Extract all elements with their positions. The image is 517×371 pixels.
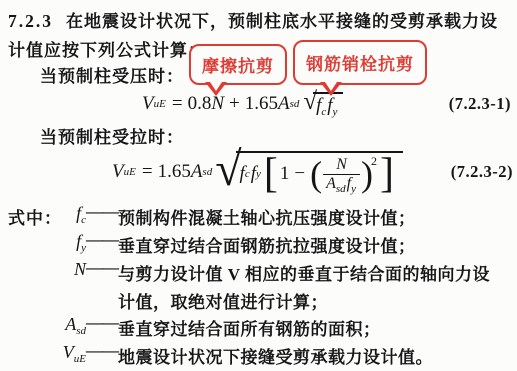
formula-1-row: VuE = 0.8N + 1.65Asd √ fcfy (7.2.3-1) [0, 88, 517, 120]
callout-friction-shear-label: 摩擦抗剪 [202, 52, 274, 77]
term-subscript: sd [76, 325, 86, 337]
definition-row-Asd: Asd —— 垂直穿过结合面所有钢筋的面积； [0, 314, 517, 340]
dash-connector: —— [86, 341, 118, 361]
definition-row-fy: fy —— 垂直穿过结合面钢筋抗拉强度设计值； [0, 231, 517, 257]
fraction: N Asdfy [323, 156, 360, 194]
clause-text-line2: 计值应按下列公式计算： [8, 36, 206, 61]
callout-tail-fill [208, 79, 224, 91]
fraction-numerator-N: N [336, 156, 347, 174]
equation-number-1: (7.2.3-1) [449, 94, 511, 114]
radical-sign: √ [303, 88, 317, 116]
case-compression-label: 当预制柱受压时： [40, 62, 184, 87]
dash-connector: —— [86, 313, 118, 333]
var-VuE: V [142, 93, 154, 115]
callout-dowel-shear: 钢筋销栓抗剪 [293, 40, 427, 85]
term-symbol: A [65, 314, 76, 334]
term-symbol: V [63, 342, 74, 362]
coef-1-65: 1.65 [158, 161, 191, 183]
coef-0-8: 0.8 [188, 93, 212, 115]
dash-connector: —— [86, 258, 118, 278]
document-page: 7.2.3 在地震设计状况下，预制柱底水平接缝的受剪承载力设 计值应按下列公式计… [0, 0, 517, 371]
formula-2-row: VuE = 1.65Asd √ fcfy [ 1 − ( N Asdfy ) 2… [0, 146, 517, 198]
definition-text: 垂直穿过结合面所有钢筋的面积； [118, 315, 381, 340]
sub-y: y [351, 183, 356, 195]
definition-text-continued: 计值，取绝对值进行计算； [118, 288, 328, 313]
left-bracket: [ [264, 156, 278, 194]
sub-c: c [321, 106, 326, 118]
minus-sign: − [289, 163, 310, 185]
definition-text: 预制构件混凝土轴心抗压强度设计值； [118, 204, 416, 229]
definition-row-VuE: VuE —— 地震设计状况下接缝受剪承载力设计值。 [0, 342, 517, 368]
term-subscript: uE [74, 353, 86, 365]
var-Asd: A [326, 175, 336, 192]
definition-text: 地震设计状况下接缝受剪承载力设计值。 [118, 343, 433, 368]
definition-row-N-cont: 计值，取绝对值进行计算； [0, 287, 517, 313]
formula-1: VuE = 0.8N + 1.65Asd √ fcfy [142, 90, 343, 118]
var-Asd: A [191, 161, 203, 183]
term-fc: fc [0, 203, 86, 226]
callout-dowel-shear-label: 钢筋销栓抗剪 [306, 50, 414, 75]
clause-text-line1: 在地震设计状况下，预制柱底水平接缝的受剪承载力设 [66, 7, 498, 32]
term-N: N [0, 259, 86, 282]
coef-1-65: 1.65 [245, 93, 278, 115]
equals-sign: = [167, 93, 188, 115]
dash-connector: —— [86, 202, 118, 222]
callout-friction-shear: 摩擦抗剪 [189, 44, 287, 85]
left-paren: ( [310, 158, 322, 190]
clause-number: 7.2.3 [8, 11, 53, 32]
definition-text: 垂直穿过结合面钢筋抗拉强度设计值； [118, 232, 416, 257]
equation-number-2: (7.2.3-2) [451, 162, 513, 182]
definition-row-N: N —— 与剪力设计值 V 相应的垂直于结合面的轴向力设 [0, 259, 517, 285]
term-Asd: Asd [0, 314, 86, 337]
exponent-2: 2 [371, 154, 377, 169]
callout-tail-fill [323, 79, 339, 91]
sub-y: y [333, 106, 338, 118]
var-fy: f [327, 95, 332, 116]
var-N: N [211, 93, 224, 115]
formula-2: VuE = 1.65Asd √ fcfy [ 1 − ( N Asdfy ) 2… [112, 150, 403, 194]
equals-sign: = [137, 161, 158, 183]
definition-text: 与剪力设计值 V 相应的垂直于结合面的轴向力设 [118, 260, 490, 285]
definition-row-fc: 式中： fc —— 预制构件混凝土轴心抗压强度设计值； [0, 203, 517, 229]
sub-sd: sd [336, 183, 346, 195]
right-bracket: ] [380, 156, 394, 194]
var-VuE: V [112, 161, 124, 183]
term-fy: fy [0, 231, 86, 254]
var-Asd: A [278, 93, 290, 115]
clause-heading-line1: 7.2.3 在地震设计状况下，预制柱底水平接缝的受剪承载力设 [8, 7, 498, 32]
sqrt-content: fcfy [ 1 − ( N Asdfy ) 2 ] [236, 151, 403, 194]
number-one: 1 [280, 163, 290, 185]
plus-sign: + [224, 93, 245, 115]
term-VuE: VuE [0, 342, 86, 365]
term-symbol: N [74, 259, 86, 279]
case-tension-label: 当预制柱受拉时： [40, 123, 184, 148]
dash-connector: —— [86, 230, 118, 250]
fraction-denominator: Asdfy [323, 174, 360, 193]
